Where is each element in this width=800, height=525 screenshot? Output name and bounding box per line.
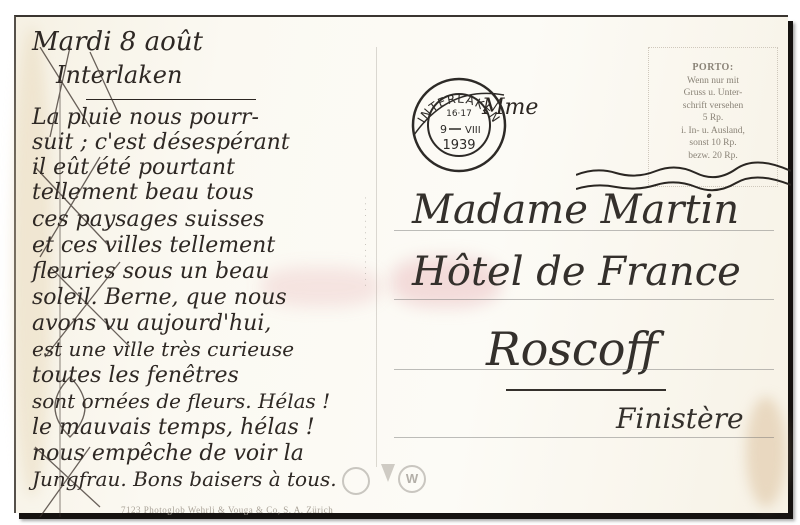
postcard-back: · · · · · · · · · · · · · · · · PORTO: W… <box>14 15 788 513</box>
svg-text:9: 9 <box>440 123 447 136</box>
hotel-name: Hôtel de France <box>412 249 741 295</box>
postmark-icon: INTERLAKEN 16·17 9 VIII 1939 <box>409 75 509 175</box>
vertical-caption: · · · · · · · · · · · · · · · · <box>361 197 368 287</box>
svg-text:16·17: 16·17 <box>446 109 472 119</box>
ink-scribble <box>30 47 160 517</box>
stamp-box-line: i. In- u. Ausland, <box>649 125 777 138</box>
stamp-box-title: PORTO: <box>649 62 777 75</box>
stamp-box-line: Wenn nur mit <box>649 75 777 88</box>
stamp-box-line: 5 Rp. <box>649 112 777 125</box>
recipient-name: Madame Martin <box>412 187 739 233</box>
city-name: Roscoff <box>486 322 658 376</box>
cancel-scribble: Mme <box>482 95 538 120</box>
svg-text:VIII: VIII <box>465 125 481 136</box>
logo-letter: W <box>406 471 418 486</box>
stamp-box-line: schrift versehen <box>649 100 777 113</box>
publisher-logo-icon <box>342 467 370 495</box>
address-line <box>394 437 774 438</box>
address-line <box>394 299 774 300</box>
stamp-box-line: sonst 10 Rp. <box>649 137 777 150</box>
city-underline <box>506 389 666 391</box>
stamp-box-line: Gruss u. Unter- <box>649 87 777 100</box>
center-divider <box>376 47 377 467</box>
svg-text:1939: 1939 <box>442 138 475 153</box>
v-mark-icon <box>381 464 395 482</box>
w-logo-icon: W <box>398 465 426 493</box>
paper-stain <box>746 397 786 507</box>
address-line <box>394 230 774 231</box>
publisher-caption: 7123 Photoglob Wehrli & Vouga & Co, S. A… <box>121 505 333 515</box>
region-name: Finistère <box>616 402 744 435</box>
address-line <box>394 369 774 370</box>
